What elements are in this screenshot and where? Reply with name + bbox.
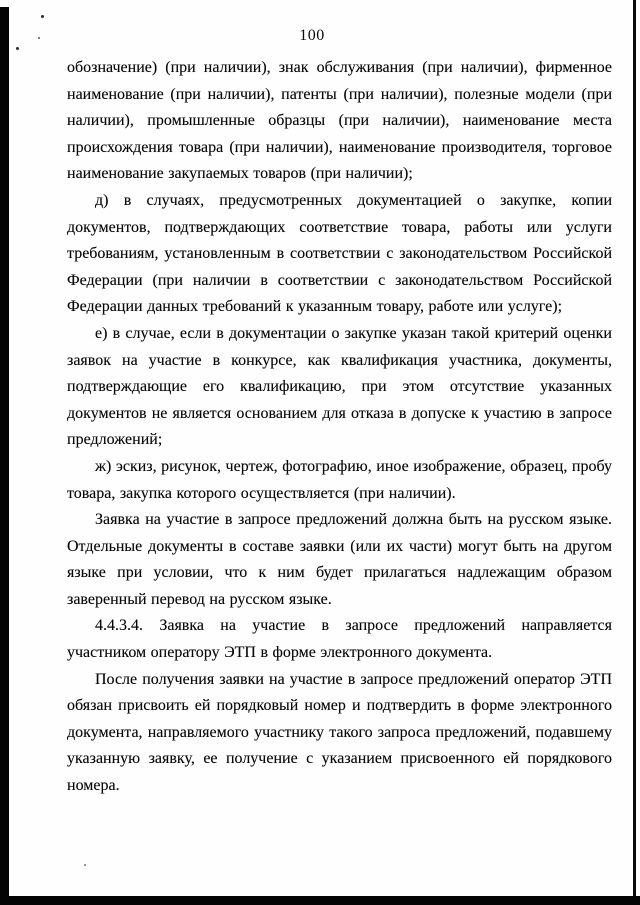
- paragraph-language-requirement: Заявка на участие в запросе предложений …: [67, 507, 612, 613]
- scan-right-edge-artifact: [633, 0, 636, 905]
- scan-speck: [41, 15, 44, 18]
- scan-speck: [84, 864, 86, 866]
- scan-bottom-edge-artifact: [4, 896, 640, 905]
- paragraph-operator-confirmation: После получения заявки на участие в запр…: [67, 667, 612, 800]
- paragraph-continuation: обозначение) (при наличии), знак обслужи…: [67, 55, 612, 188]
- scan-speck: [16, 47, 19, 50]
- document-page: 100 обозначение) (при наличии), знак обс…: [0, 0, 640, 905]
- page-number: 100: [0, 27, 624, 45]
- paragraph-section-4434: 4.4.3.4. Заявка на участие в запросе пре…: [67, 613, 612, 666]
- scanned-document: { "document": { "page_number": "100", "p…: [0, 0, 640, 905]
- paragraph-item-e: е) в случае, если в документации о закуп…: [67, 321, 612, 454]
- document-text: обозначение) (при наличии), знак обслужи…: [67, 55, 612, 800]
- scan-left-edge-artifact: [0, 7, 9, 905]
- scan-speck: [38, 37, 40, 39]
- paragraph-item-d: д) в случаях, предусмотренных документац…: [67, 188, 612, 321]
- paragraph-item-zh: ж) эскиз, рисунок, чертеж, фотографию, и…: [67, 454, 612, 507]
